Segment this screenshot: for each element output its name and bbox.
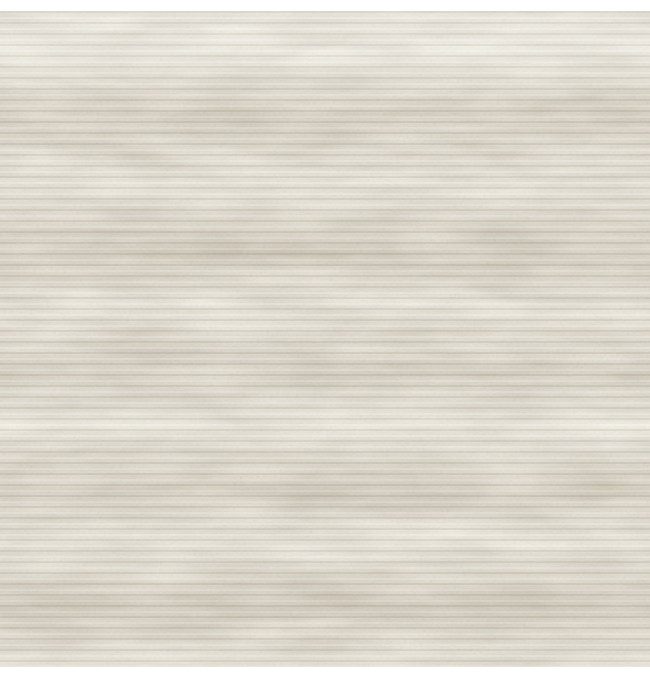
white-margin-bottom — [0, 667, 650, 680]
tonal-band-overlay — [0, 11, 650, 667]
rug-texture-photo — [0, 11, 650, 667]
white-margin-top — [0, 0, 650, 11]
page — [0, 0, 650, 680]
